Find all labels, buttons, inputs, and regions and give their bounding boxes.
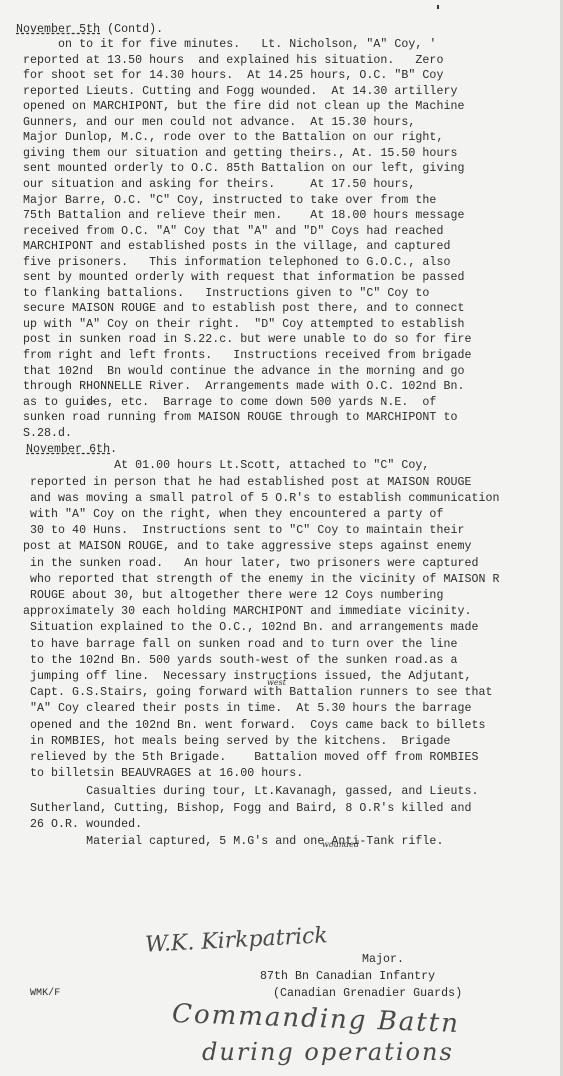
- heading-suffix: (Contd).: [100, 23, 163, 36]
- text-line: Casualties during tour, Lt.Kavanagh, gas…: [16, 784, 479, 799]
- text-line: reported at 13.50 hours and explained hi…: [16, 53, 443, 68]
- text-line: ROUGE about 30, but altogether there wer…: [16, 588, 443, 603]
- text-line: 75th Battalion and relieve their men. At…: [16, 208, 464, 223]
- text-line: our situation and asking for theirs. At …: [16, 177, 415, 192]
- text-line: reported in person that he had establish…: [16, 475, 471, 490]
- text-line: Gunners, and our men could not advance. …: [16, 115, 415, 130]
- text-line: to the 102nd Bn. 500 yards south-west of…: [16, 653, 457, 668]
- text-line: Major Dunlop, M.C., rode over to the Bat…: [16, 130, 443, 145]
- text-line: for shoot set for 14.30 hours. At 14.25 …: [16, 68, 443, 83]
- text-line: sent mounted orderly to O.C. 85th Battal…: [16, 161, 464, 176]
- handwritten-signature: W.K. Kirkpatrick: [144, 923, 328, 958]
- text-line: secure MAISON ROUGE and to establish pos…: [16, 301, 464, 316]
- handwritten-note-operations: during operations: [202, 1038, 454, 1066]
- text-line: Sutherland, Cutting, Bishop, Fogg and Ba…: [16, 801, 471, 816]
- text-line: in the sunken road. An hour later, two p…: [16, 556, 479, 571]
- text-line: Major Barre, O.C. "C" Coy, instructed to…: [16, 193, 436, 208]
- text-line: received from O.C. "A" Coy that "A" and …: [16, 224, 443, 239]
- text-line: relieved by the 5th Brigade. Battalion m…: [16, 750, 479, 765]
- text-line: that 102nd Bn would continue the advance…: [16, 364, 464, 379]
- handwritten-note-commanding: Commanding Battn: [172, 999, 461, 1039]
- text-line: reported Lieuts. Cutting and Fogg wounde…: [16, 84, 457, 99]
- heading-november-5: November 5th (Contd).: [16, 22, 163, 37]
- text-line: opened on MARCHIPONT, but the fire did n…: [16, 99, 464, 114]
- text-line: post at MAISON ROUGE, and to take aggres…: [16, 539, 471, 554]
- text-line: MARCHIPONT and established posts in the …: [16, 239, 450, 254]
- text-line: to billetsin BEAUVRAGES at 16.00 hours.: [16, 766, 303, 781]
- text-line: up with "A" Coy on their right. "D" Coy …: [16, 317, 464, 332]
- text-line: Situation explained to the O.C., 102nd B…: [16, 620, 479, 635]
- stray-mark: [437, 5, 439, 9]
- heading-november-6: November 6th.: [26, 442, 117, 457]
- text-line: opened and the 102nd Bn. went forward. C…: [16, 718, 486, 733]
- text-line: in ROMBIES, hot meals being served by th…: [16, 734, 450, 749]
- text-line: and was moving a small patrol of 5 O.R's…: [16, 491, 500, 506]
- handwritten-insertion-le: le: [88, 398, 94, 406]
- text-line: 30 to 40 Huns. Instructions sent to "C" …: [16, 523, 464, 538]
- text-line: "A" Coy cleared their posts in time. At …: [16, 701, 471, 716]
- text-line: sunken road running from MAISON ROUGE th…: [16, 410, 457, 425]
- text-line: At 01.00 hours Lt.Scott, attached to "C"…: [16, 458, 429, 473]
- text-line: five prisoners. This information telepho…: [16, 255, 450, 270]
- text-line: as to guides, etc. Barrage to come down …: [16, 395, 436, 410]
- text-line: approximately 30 each holding MARCHIPONT…: [16, 604, 471, 619]
- text-line: 26 O.R. wounded.: [16, 817, 142, 832]
- text-line: to flanking battalions. Instructions giv…: [16, 286, 429, 301]
- text-line: from right and left fronts. Instructions…: [16, 348, 471, 363]
- signature-rank: Major.: [362, 952, 404, 967]
- text-line: who reported that strength of the enemy …: [16, 572, 500, 587]
- text-line: giving them our situation and getting th…: [16, 146, 457, 161]
- text-line: to have barrage fall on sunken road and …: [16, 637, 457, 652]
- signature-unit: 87th Bn Canadian Infantry: [260, 969, 435, 984]
- document-page: November 5th (Contd). on to it for five …: [0, 0, 563, 1076]
- heading-date: November 5th: [16, 23, 100, 36]
- handwritten-insertion-wounded: wounded: [322, 840, 359, 849]
- text-line: Capt. G.S.Stairs, going forward with Bat…: [16, 685, 493, 700]
- text-line: post in sunken road in S.22.c. but were …: [16, 332, 471, 347]
- text-line: S.28.d.: [16, 426, 72, 441]
- text-line: sent by mounted orderly with request tha…: [16, 270, 464, 285]
- signature-regiment: (Canadian Grenadier Guards): [273, 986, 462, 1001]
- text-line: Material captured, 5 M.G's and one Anti-…: [16, 834, 443, 849]
- text-line: jumping off line. Necessary instructions…: [16, 669, 471, 684]
- text-line: on to it for five minutes. Lt. Nicholson…: [16, 37, 436, 52]
- heading-suffix: .: [110, 443, 117, 456]
- handwritten-insertion-west: west: [267, 678, 286, 687]
- reference-initials: WMK/F: [30, 986, 60, 1001]
- text-line: with "A" Coy on the right, when they enc…: [16, 507, 443, 522]
- heading-date: November 6th: [26, 443, 110, 456]
- text-line: through RHONNELLE River. Arrangements ma…: [16, 379, 464, 394]
